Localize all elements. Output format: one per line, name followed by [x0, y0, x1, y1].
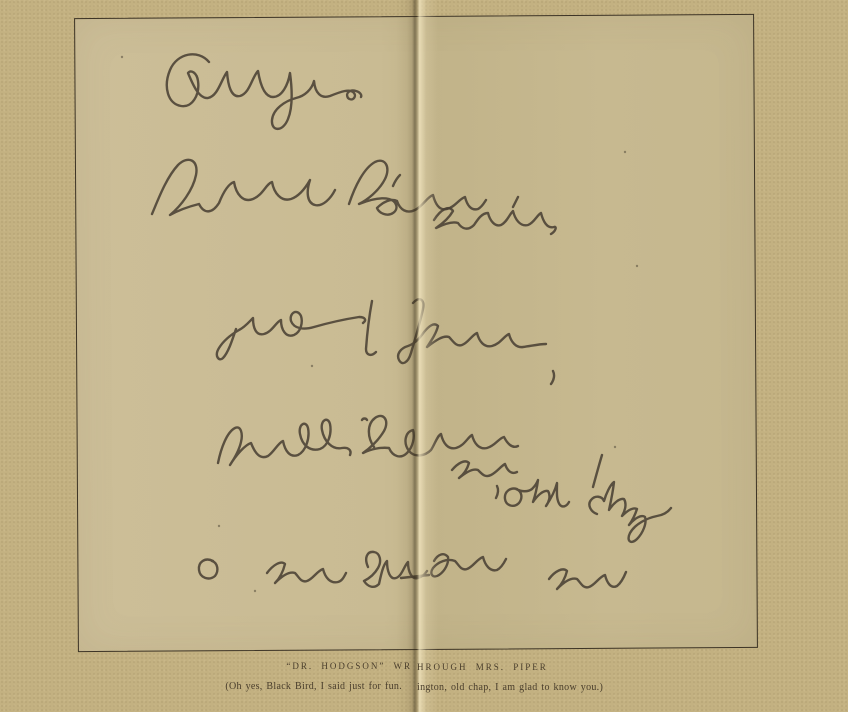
caption-translation-right: ington, old chap, I am glad to know you.…: [417, 682, 603, 693]
plate-frame: [74, 14, 758, 652]
caption-title-left: “DR. HODGSON” WR: [286, 661, 412, 671]
caption-title-right: HROUGH MRS. PIPER: [417, 662, 548, 672]
caption-translation-left: (Oh yes, Black Bird, I said just for fun…: [225, 681, 402, 692]
book-page: “DR. HODGSON” WR HROUGH MRS. PIPER (Oh y…: [0, 0, 848, 712]
